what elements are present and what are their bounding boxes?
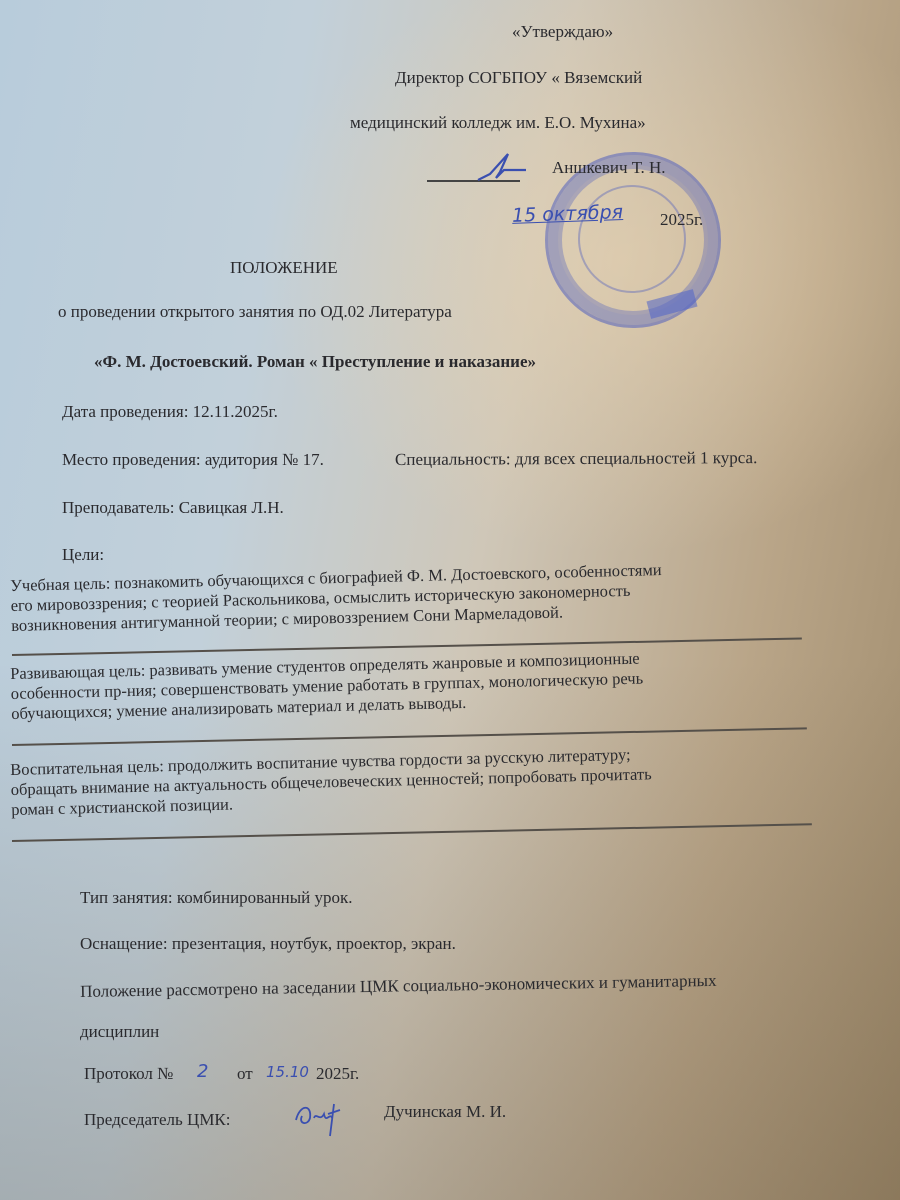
lesson-specialty: Специальность: для всех специальностей 1… (395, 448, 757, 470)
lesson-equipment: Оснащение: презентация, ноутбук, проекто… (80, 934, 456, 954)
lesson-type: Тип занятия: комбинированный урок. (80, 888, 353, 908)
goals-label: Цели: (62, 545, 104, 565)
chair-signature-icon (290, 1096, 350, 1140)
protocol-from: от (237, 1064, 253, 1084)
chair-label: Председатель ЦМК: (84, 1110, 231, 1130)
goal-upbringing: Воспитательная цель: продолжить воспитан… (10, 740, 811, 820)
goal-divider (12, 823, 812, 841)
document-subheading: о проведении открытого занятия по ОД.02 … (58, 302, 452, 322)
approval-year: 2025г. (660, 210, 703, 230)
protocol-label: Протокол № (84, 1064, 173, 1084)
director-signature-icon (470, 150, 530, 186)
signer-name: Аншкевич Т. Н. (552, 158, 665, 178)
document-heading: ПОЛОЖЕНИЕ (230, 258, 338, 278)
lesson-topic: «Ф. М. Достоевский. Роман « Преступление… (94, 352, 536, 372)
protocol-date-handwritten: 15.10 (266, 1062, 309, 1082)
lesson-date: Дата проведения: 12.11.2025г. (62, 402, 278, 422)
reviewed-line-1: Положение рассмотрено на заседании ЦМК с… (80, 971, 717, 1002)
protocol-year: 2025г. (316, 1064, 359, 1084)
reviewed-line-2: дисциплин (80, 1022, 159, 1042)
goal-developmental: Развивающая цель: развивать умение студе… (10, 644, 811, 724)
chair-name: Дучинская М. И. (384, 1102, 506, 1122)
approve-label: «Утверждаю» (512, 22, 613, 42)
stamp-tab (646, 289, 697, 319)
approval-date-handwritten: 15 октября (512, 202, 624, 226)
director-line-1: Директор СОГБПОУ « Вяземский (395, 68, 642, 88)
lesson-place: Место проведения: аудитория № 17. (62, 450, 324, 470)
official-stamp (545, 152, 721, 328)
lesson-teacher: Преподаватель: Савицкая Л.Н. (62, 498, 284, 518)
director-line-2: медицинский колледж им. Е.О. Мухина» (350, 113, 646, 133)
protocol-number-handwritten: 2 (197, 1062, 208, 1082)
goal-educational: Учебная цель: познакомить обучающихся с … (10, 556, 811, 636)
